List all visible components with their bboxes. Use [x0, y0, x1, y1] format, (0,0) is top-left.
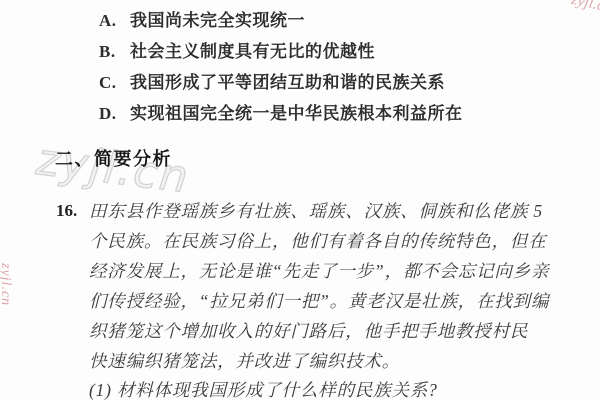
option-letter: C. [99, 74, 130, 93]
left-edge-red-watermark: zyjl.cn [0, 263, 13, 306]
section-heading: 二、简要分析 [55, 150, 172, 170]
option-text: 我国尚未完全实现统一 [130, 12, 305, 31]
corner-red-watermark: zyjl.cn [569, 0, 600, 17]
question-line: 快速编织猪笼法，并改进了编织技术。 [89, 352, 400, 371]
option-letter: D. [99, 105, 130, 124]
choice-option-b: B. 社会主义制度具有无比的优越性 [99, 43, 375, 62]
sub-question: (1) 材料体现我国形成了什么样的民族关系? [89, 381, 438, 400]
question-line: 织猪笼这个增加收入的好门路后，他手把手地教授村民 [89, 322, 528, 341]
question-number: 16. [56, 202, 77, 221]
scanned-textbook-page: zyjl.cn zyjl.cn zyjl.cn A. 我国尚未完全实现统一 B.… [0, 0, 600, 400]
option-text: 实现祖国完全统一是中华民族根本利益所在 [130, 105, 463, 124]
question-line: 田东县作登瑶族乡有壮族、瑶族、汉族、侗族和仫佬族 5 [89, 202, 543, 221]
choice-option-c: C. 我国形成了平等团结互助和谐的民族关系 [99, 74, 445, 93]
question-line: 经济发展上，无论是谁“先走了一步”，都不会忘记向乡亲 [89, 262, 549, 281]
option-letter: A. [99, 12, 130, 31]
question-line: 们传授经验，“拉兄弟们一把”。黄老汉是壮族，在找到编 [89, 292, 549, 311]
question-line: 个民族。在民族习俗上，他们有着各自的传统特色，但在 [89, 232, 547, 251]
option-text: 我国形成了平等团结互助和谐的民族关系 [130, 74, 445, 93]
option-letter: B. [99, 43, 130, 62]
choice-option-d: D. 实现祖国完全统一是中华民族根本利益所在 [99, 105, 463, 124]
option-text: 社会主义制度具有无比的优越性 [130, 43, 375, 62]
choice-option-a: A. 我国尚未完全实现统一 [99, 12, 305, 31]
